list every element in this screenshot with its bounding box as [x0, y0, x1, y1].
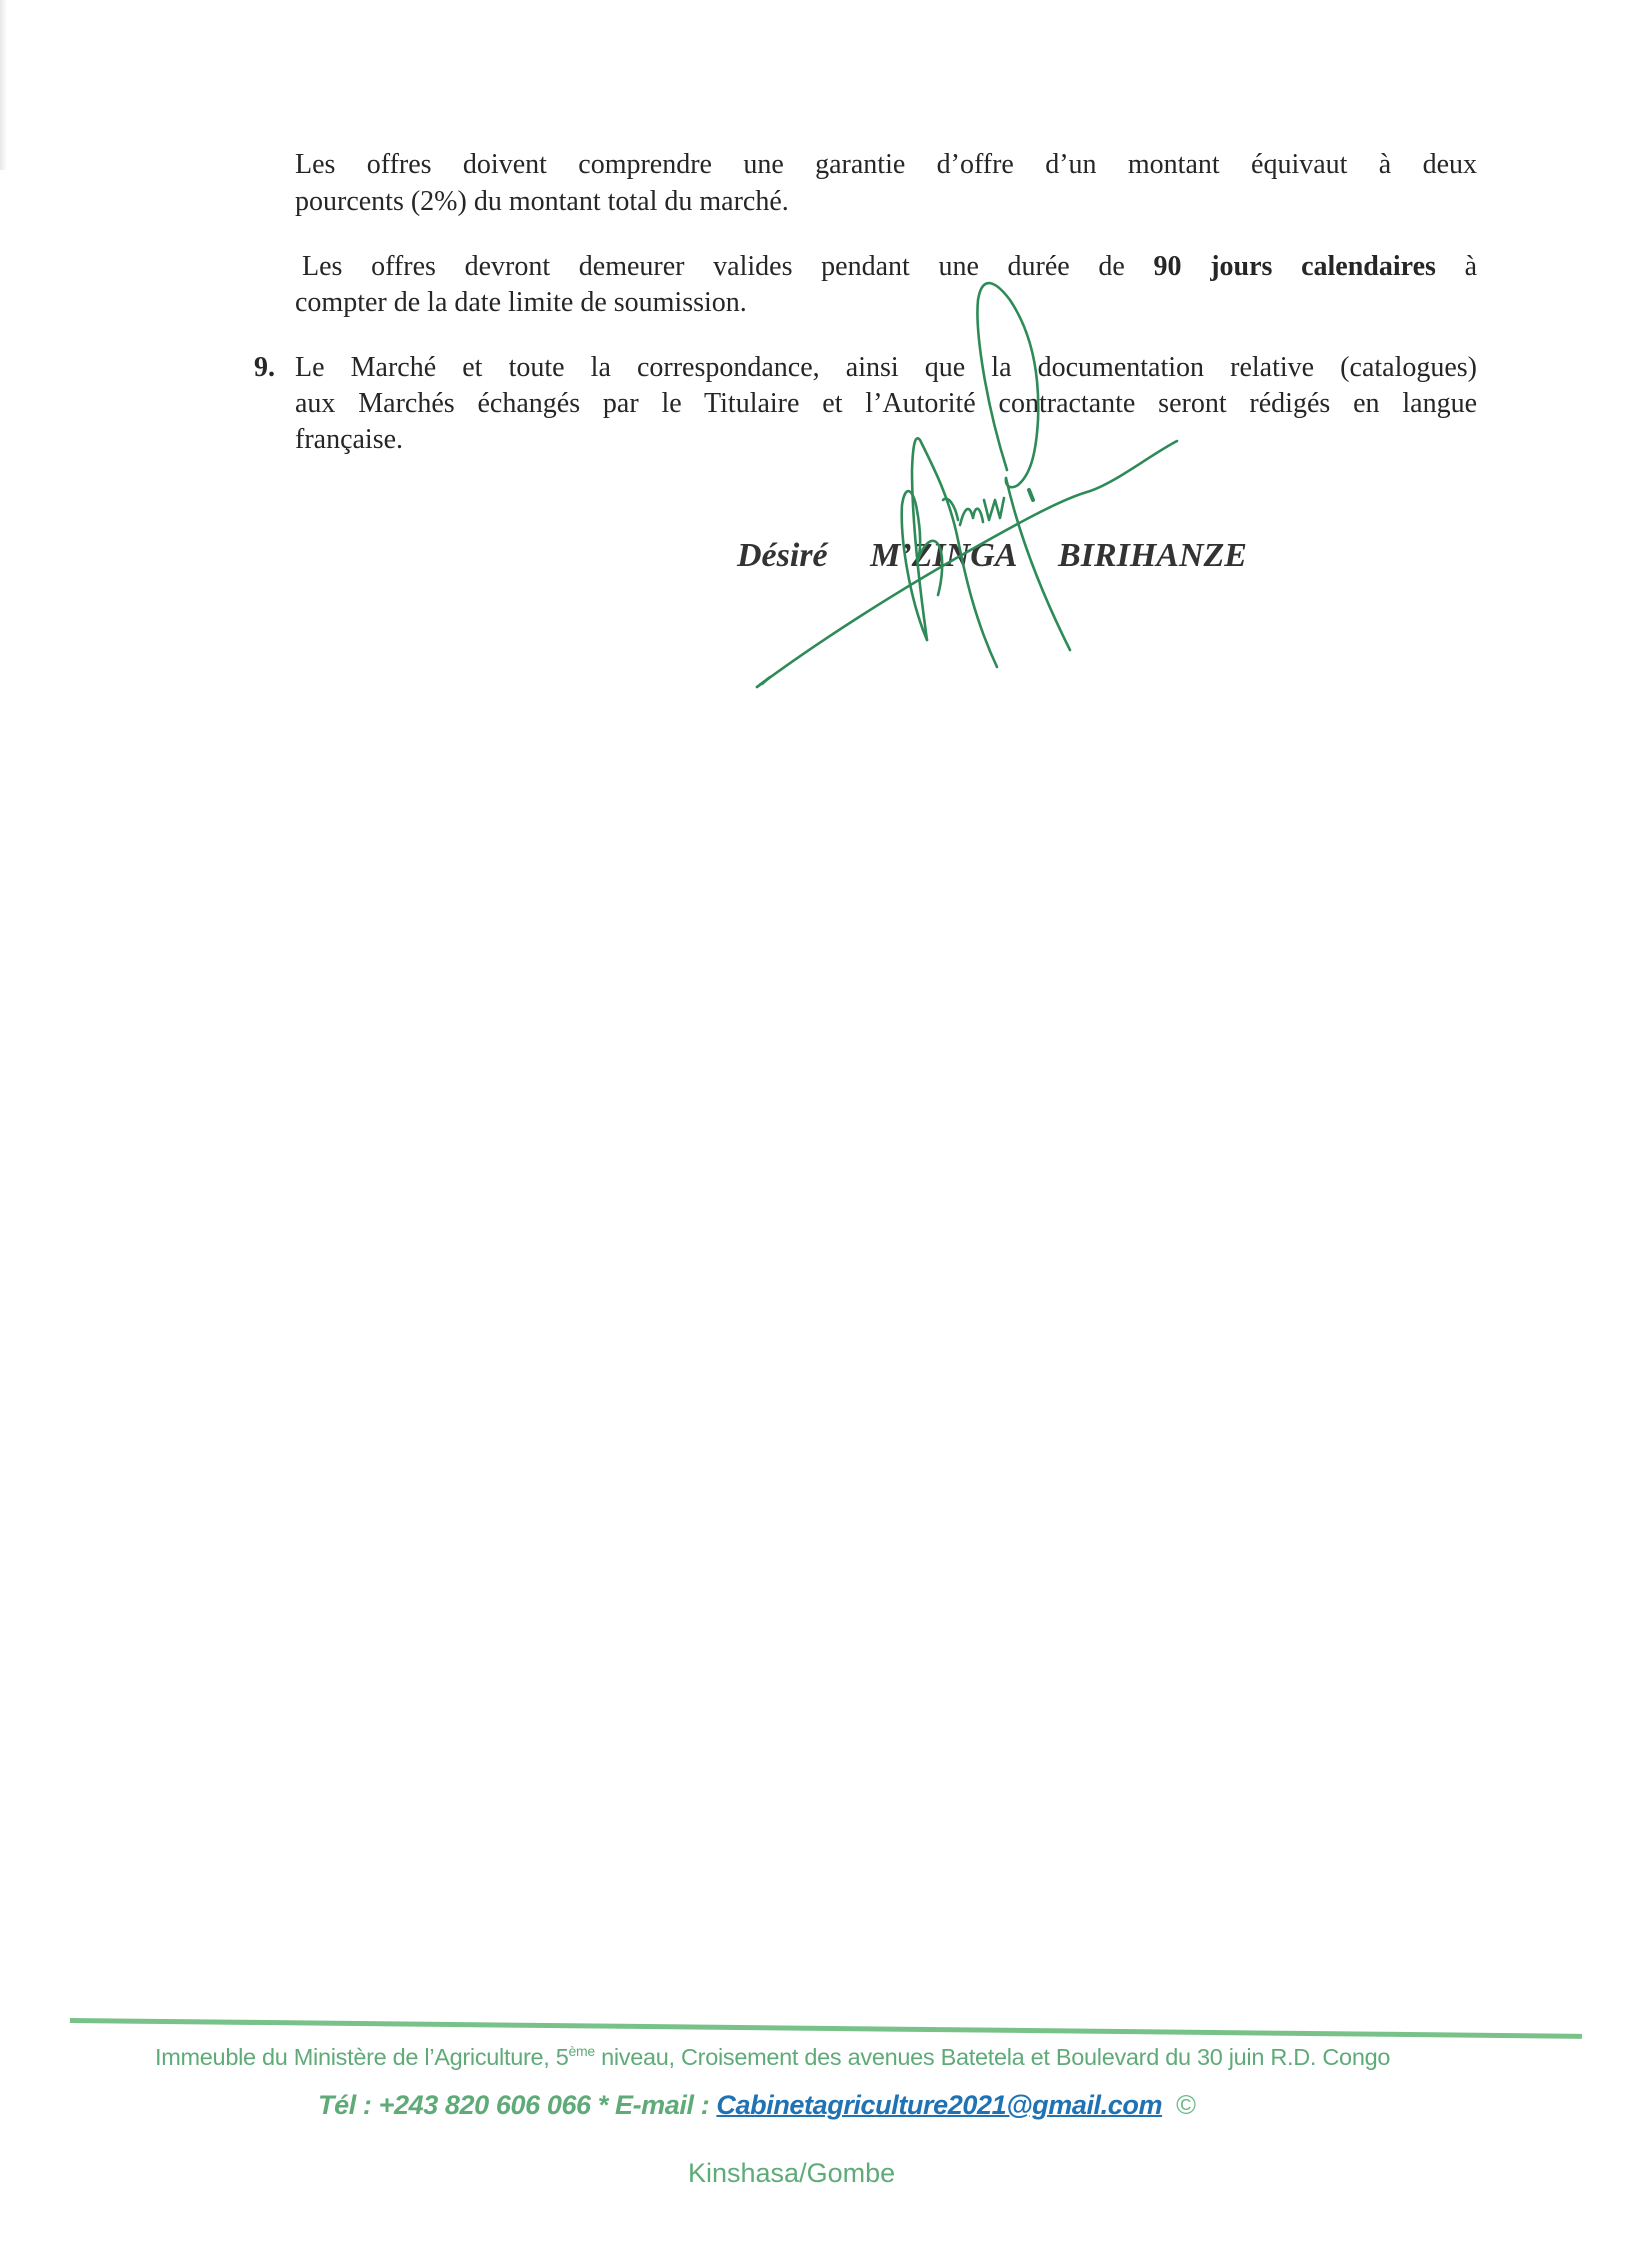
scan-edge-shadow: [0, 0, 6, 170]
footer-divider: [70, 2018, 1582, 2039]
footer-contact: Tél : +243 820 606 066 * E-mail : Cabine…: [318, 2090, 1196, 2121]
handwritten-signature: [0, 0, 1627, 2256]
paragraph-3-line-3: française.: [295, 422, 403, 458]
item-number: 9.: [254, 350, 275, 386]
footer-address: Immeuble du Ministère de l’Agriculture, …: [155, 2044, 1390, 2071]
validity-text-end: à: [1465, 251, 1477, 282]
document-page: Les offres doivent comprendre une garant…: [0, 0, 1627, 2256]
footer-city: Kinshasa/Gombe: [688, 2158, 895, 2189]
paragraph-3-line-1: Le Marché et toute la correspondance, ai…: [295, 350, 1477, 386]
signatory-name: Désiré M’ZINGA BIRIHANZE: [737, 536, 1247, 576]
email-link[interactable]: Cabinetagriculture2021@gmail.com: [716, 2090, 1162, 2120]
telephone-label: Tél : +243 820 606 066 * E-mail :: [318, 2090, 716, 2120]
copyright-icon: ©: [1176, 2090, 1196, 2120]
paragraph-2-line-2: compter de la date limite de soumission.: [295, 285, 747, 321]
paragraph-1-line-2: pourcents (2%) du montant total du march…: [295, 184, 789, 220]
address-text: Immeuble du Ministère de l’Agriculture, …: [155, 2044, 569, 2070]
validity-duration: 90 jours calendaires: [1154, 251, 1436, 282]
paragraph-3-line-2: aux Marchés échangés par le Titulaire et…: [295, 386, 1477, 422]
paragraph-2-line-1: Les offres devront demeurer valides pend…: [302, 249, 1477, 285]
paragraph-1-line-1: Les offres doivent comprendre une garant…: [295, 147, 1477, 183]
validity-text: Les offres devront demeurer valides pend…: [302, 251, 1125, 282]
address-superscript: ème: [569, 2043, 595, 2059]
address-text-end: niveau, Croisement des avenues Batetela …: [595, 2044, 1390, 2070]
